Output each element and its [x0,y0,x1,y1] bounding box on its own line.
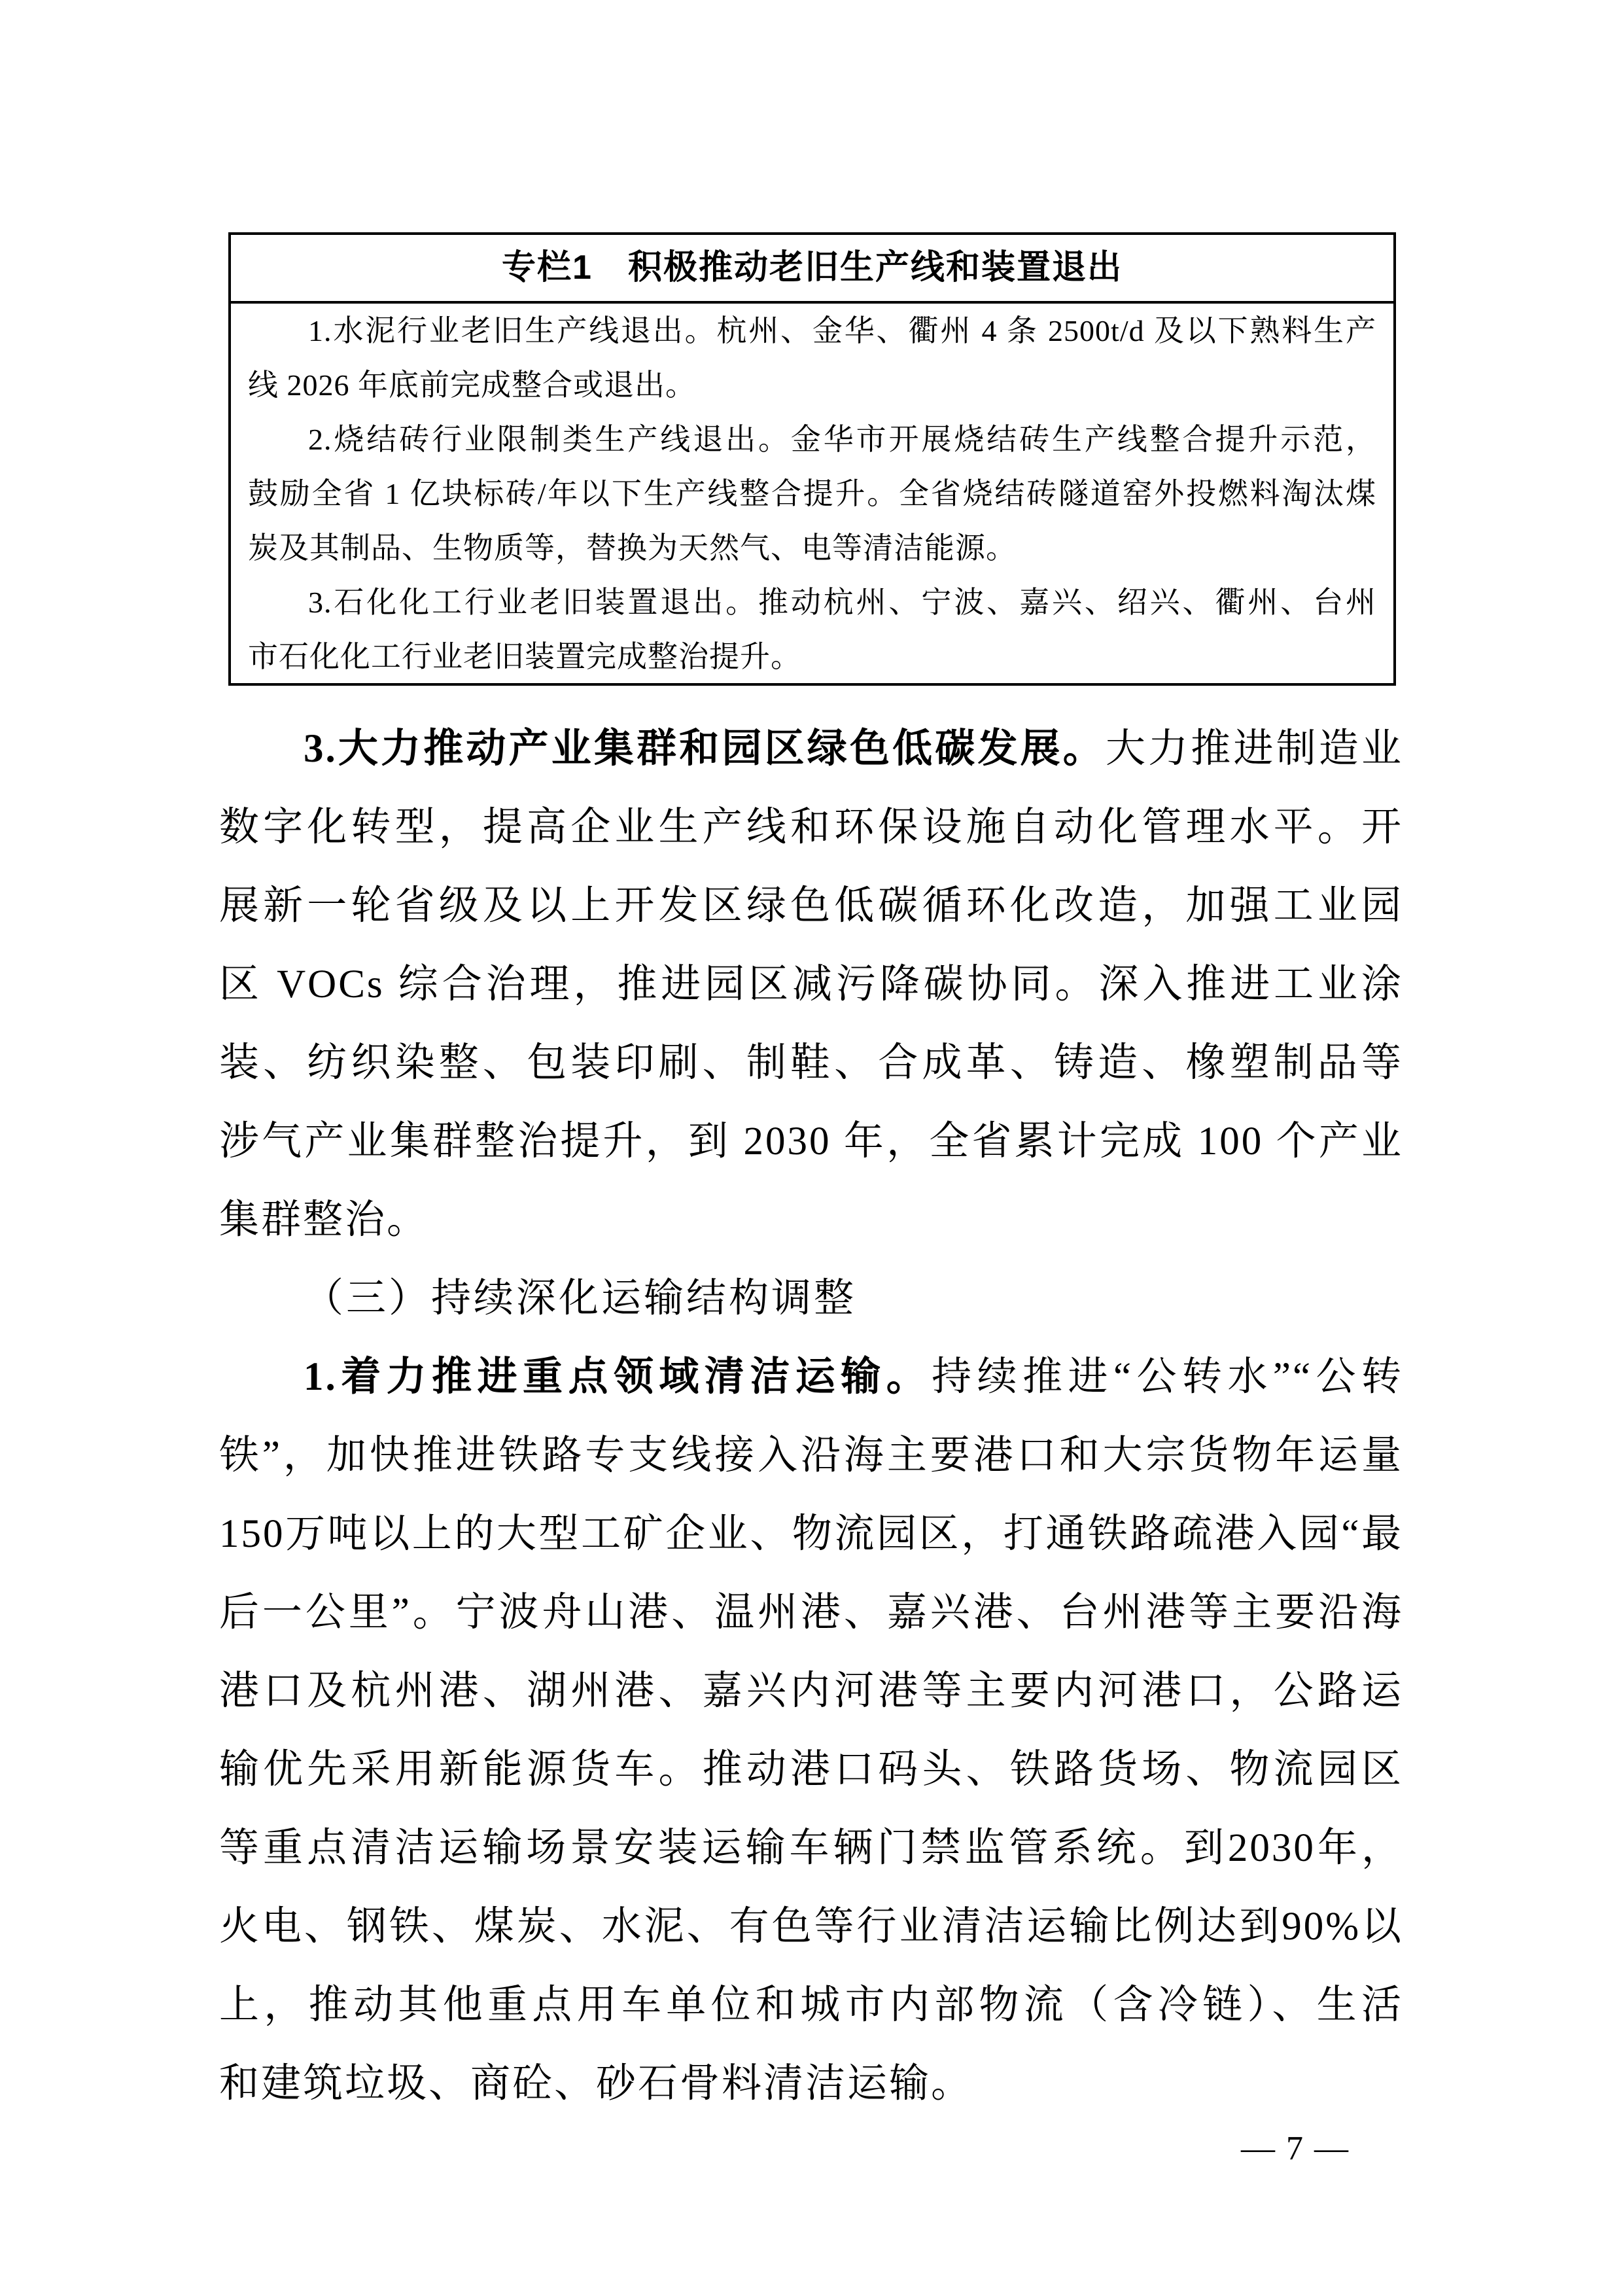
box-item3-line1: 3.石化化工行业老旧装置退出。推动杭州、宁波、嘉兴、绍兴、衢州、台州 [248,575,1376,629]
paragraph2-line5: 港口及杭州港、湖州港、嘉兴内河港等主要内河港口，公路运 [219,1652,1403,1731]
box-item2-line1: 2.烧结砖行业限制类生产线退出。金华市开展烧结砖生产线整合提升示范， [248,412,1376,467]
box-item2-line3: 炭及其制品、生物质等，替换为天然气、电等清洁能源。 [248,521,1376,575]
special-column-box: 专栏1 积极推动老旧生产线和装置退出 1.水泥行业老旧生产线退出。杭州、金华、衢… [228,232,1396,686]
paragraph1-line3: 展新一轮省级及以上开发区绿色低碳循环化改造，加强工业园 [219,867,1403,945]
document-page: 专栏1 积极推动老旧生产线和装置退出 1.水泥行业老旧生产线退出。杭州、金华、衢… [0,0,1623,2296]
box-item1-line2: 线 2026 年底前完成整合或退出。 [248,358,1376,412]
paragraph1-lead-rest: 大力推进制造业 [1106,727,1403,771]
box-item3-line2: 市石化化工行业老旧装置完成整治提升。 [248,629,1376,684]
paragraph1-line5: 装、纺织染整、包装印刷、制鞋、合成革、铸造、橡塑制品等 [219,1024,1403,1103]
body-text: 3.大力推动产业集群和园区绿色低碳发展。大力推进制造业 数字化转型，提高企业生产… [219,710,1403,2123]
section-heading: （三）持续深化运输结构调整 [219,1260,1403,1338]
paragraph2-line4: 后一公里”。宁波舟山港、温州港、嘉兴港、台州港等主要沿海 [219,1574,1403,1652]
paragraph1-line2: 数字化转型，提高企业生产线和环保设施自动化管理水平。开 [219,788,1403,867]
paragraph1-line1: 3.大力推动产业集群和园区绿色低碳发展。大力推进制造业 [219,710,1403,788]
page-number: — 7 — [1204,2125,1387,2172]
paragraph2-lead: 1.着力推进重点领域清洁运输。 [304,1355,932,1399]
box-item2-line2: 鼓励全省 1 亿块标砖/年以下生产线整合提升。全省烧结砖隧道窑外投燃料淘汰煤 [248,467,1376,521]
paragraph2-line8: 火电、钢铁、煤炭、水泥、有色等行业清洁运输比例达到90%以 [219,1888,1403,1966]
paragraph2-line9: 上，推动其他重点用车单位和城市内部物流（含冷链）、生活 [219,1966,1403,2045]
box-title: 专栏1 积极推动老旧生产线和装置退出 [231,235,1393,304]
paragraph2-line10: 和建筑垃圾、商砼、砂石骨料清洁运输。 [219,2045,1403,2123]
paragraph1-line7: 集群整治。 [219,1181,1403,1260]
paragraph2-line1: 1.着力推进重点领域清洁运输。持续推进“公转水”“公转 [219,1338,1403,1417]
paragraph1-line6: 涉气产业集群整治提升，到 2030 年，全省累计完成 100 个产业 [219,1103,1403,1181]
paragraph2-line6: 输优先采用新能源货车。推动港口码头、铁路货场、物流园区 [219,1731,1403,1809]
paragraph2-line2: 铁”，加快推进铁路专支线接入沿海主要港口和大宗货物年运量 [219,1417,1403,1495]
box-item1-line1: 1.水泥行业老旧生产线退出。杭州、金华、衢州 4 条 2500t/d 及以下熟料… [248,304,1376,358]
box-body: 1.水泥行业老旧生产线退出。杭州、金华、衢州 4 条 2500t/d 及以下熟料… [231,304,1393,684]
paragraph1-line4: 区 VOCs 综合治理，推进园区减污降碳协同。深入推进工业涂 [219,945,1403,1024]
paragraph2-line7: 等重点清洁运输场景安装运输车辆门禁监管系统。到2030年， [219,1809,1403,1888]
paragraph2-line3: 150万吨以上的大型工矿企业、物流园区，打通铁路疏港入园“最 [219,1495,1403,1574]
paragraph2-lead-rest: 持续推进“公转水”“公转 [932,1355,1403,1399]
paragraph1-lead: 3.大力推动产业集群和园区绿色低碳发展。 [304,727,1106,771]
